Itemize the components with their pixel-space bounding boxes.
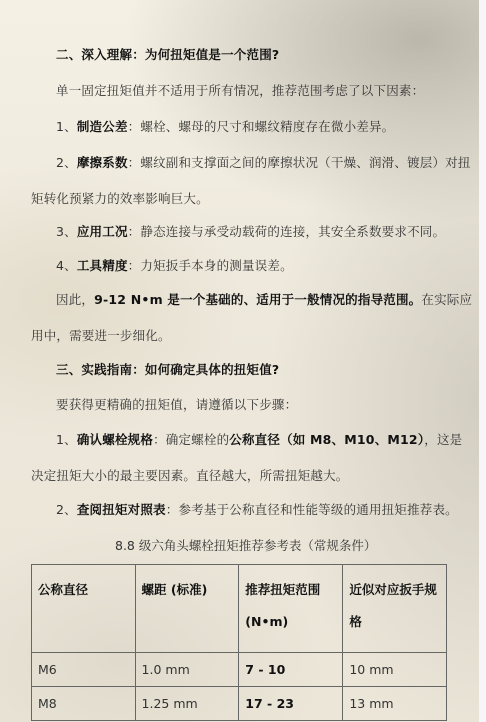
step-text: ：确定螺栓的 xyxy=(153,432,229,447)
header-torque: 推荐扭矩范围(N•m) xyxy=(239,565,343,653)
step-num: 2、 xyxy=(56,502,77,517)
conclusion-continued: 用中，需要进一步细化。 xyxy=(31,328,171,344)
factor-term: 摩擦系数 xyxy=(77,155,128,170)
cell-wrench: 10 mm xyxy=(343,653,447,687)
factor-term: 应用工况 xyxy=(77,224,128,239)
factor-item: 2、摩擦系数：螺纹副和支撑面之间的摩擦状况（干燥、润滑、镀层）对扭 xyxy=(56,155,471,171)
cell-diameter: M8 xyxy=(32,687,136,721)
cell-torque: 17 - 23 xyxy=(239,687,343,721)
cell-pitch: 1.25 mm xyxy=(135,687,239,721)
conclusion-prefix: 因此， xyxy=(56,292,94,307)
step-item: 2、查阅扭矩对照表：参考基于公称直径和性能等级的通用扭矩推荐表。 xyxy=(56,502,458,518)
header-wrench: 近似对应扳手规格 xyxy=(343,565,447,653)
step-num: 1、 xyxy=(56,432,77,447)
factor-term: 工具精度 xyxy=(77,258,128,273)
step-term: 查阅扭矩对照表 xyxy=(77,502,166,517)
step-text: ：参考基于公称直径和性能等级的通用扭矩推荐表。 xyxy=(166,502,458,517)
section2-intro: 单一固定扭矩值并不适用于所有情况，推荐范围考虑了以下因素： xyxy=(56,83,424,99)
torque-table: 公称直径 螺距 (标准) 推荐扭矩范围(N•m) 近似对应扳手规格 M6 1.0… xyxy=(31,564,447,721)
factor-num: 1、 xyxy=(56,119,77,134)
step-term: 确认螺栓规格 xyxy=(77,432,153,447)
factor-text-continued: 矩转化预紧力的效率影响巨大。 xyxy=(31,191,209,207)
table-header-row: 公称直径 螺距 (标准) 推荐扭矩范围(N•m) 近似对应扳手规格 xyxy=(32,565,447,653)
conclusion-bold: 9-12 N•m 是一个基础的、适用于一般情况的指导范围。 xyxy=(94,292,421,307)
conclusion-paragraph: 因此，9-12 N•m 是一个基础的、适用于一般情况的指导范围。在实际应 xyxy=(56,292,472,308)
factor-num: 4、 xyxy=(56,258,77,273)
table-caption: 8.8 级六角头螺栓扭矩推荐参考表（常规条件） xyxy=(115,536,376,554)
factor-item: 4、工具精度：力矩扳手本身的测量误差。 xyxy=(56,258,293,274)
factor-term: 制造公差 xyxy=(77,119,128,134)
step-bold-text: 公称直径（如 M8、M10、M12） xyxy=(229,432,424,447)
section3-heading: 三、实践指南：如何确定具体的扭矩值? xyxy=(56,362,279,378)
factor-text: ：螺栓、螺母的尺寸和螺纹精度存在微小差异。 xyxy=(128,119,395,134)
factor-text: ：静态连接与承受动载荷的连接，其安全系数要求不同。 xyxy=(128,224,446,239)
cell-torque: 7 - 10 xyxy=(239,653,343,687)
section3-intro: 要获得更精确的扭矩值，请遵循以下步骤： xyxy=(56,397,297,413)
factor-num: 2、 xyxy=(56,155,77,170)
factor-text: ：螺纹副和支撑面之间的摩擦状况（干燥、润滑、镀层）对扭 xyxy=(128,155,471,170)
factor-num: 3、 xyxy=(56,224,77,239)
cell-wrench: 13 mm xyxy=(343,687,447,721)
section2-heading: 二、深入理解：为何扭矩值是一个范围? xyxy=(56,47,279,63)
conclusion-suffix: 在实际应 xyxy=(421,292,472,307)
step-text-tail: ，这是 xyxy=(424,432,462,447)
document-page: 二、深入理解：为何扭矩值是一个范围? 单一固定扭矩值并不适用于所有情况，推荐范围… xyxy=(0,0,479,722)
factor-text: ：力矩扳手本身的测量误差。 xyxy=(128,258,293,273)
factor-item: 3、应用工况：静态连接与承受动载荷的连接，其安全系数要求不同。 xyxy=(56,224,445,240)
factor-item: 1、制造公差：螺栓、螺母的尺寸和螺纹精度存在微小差异。 xyxy=(56,119,394,135)
step-text-continued: 决定扭矩大小的最主要因素。直径越大，所需扭矩越大。 xyxy=(31,468,349,484)
step-item: 1、确认螺栓规格：确定螺栓的公称直径（如 M8、M10、M12），这是 xyxy=(56,432,462,448)
header-pitch: 螺距 (标准) xyxy=(135,565,239,653)
cell-pitch: 1.0 mm xyxy=(135,653,239,687)
table-row: M6 1.0 mm 7 - 10 10 mm xyxy=(32,653,447,687)
header-diameter: 公称直径 xyxy=(32,565,136,653)
table-row: M8 1.25 mm 17 - 23 13 mm xyxy=(32,687,447,721)
cell-diameter: M6 xyxy=(32,653,136,687)
